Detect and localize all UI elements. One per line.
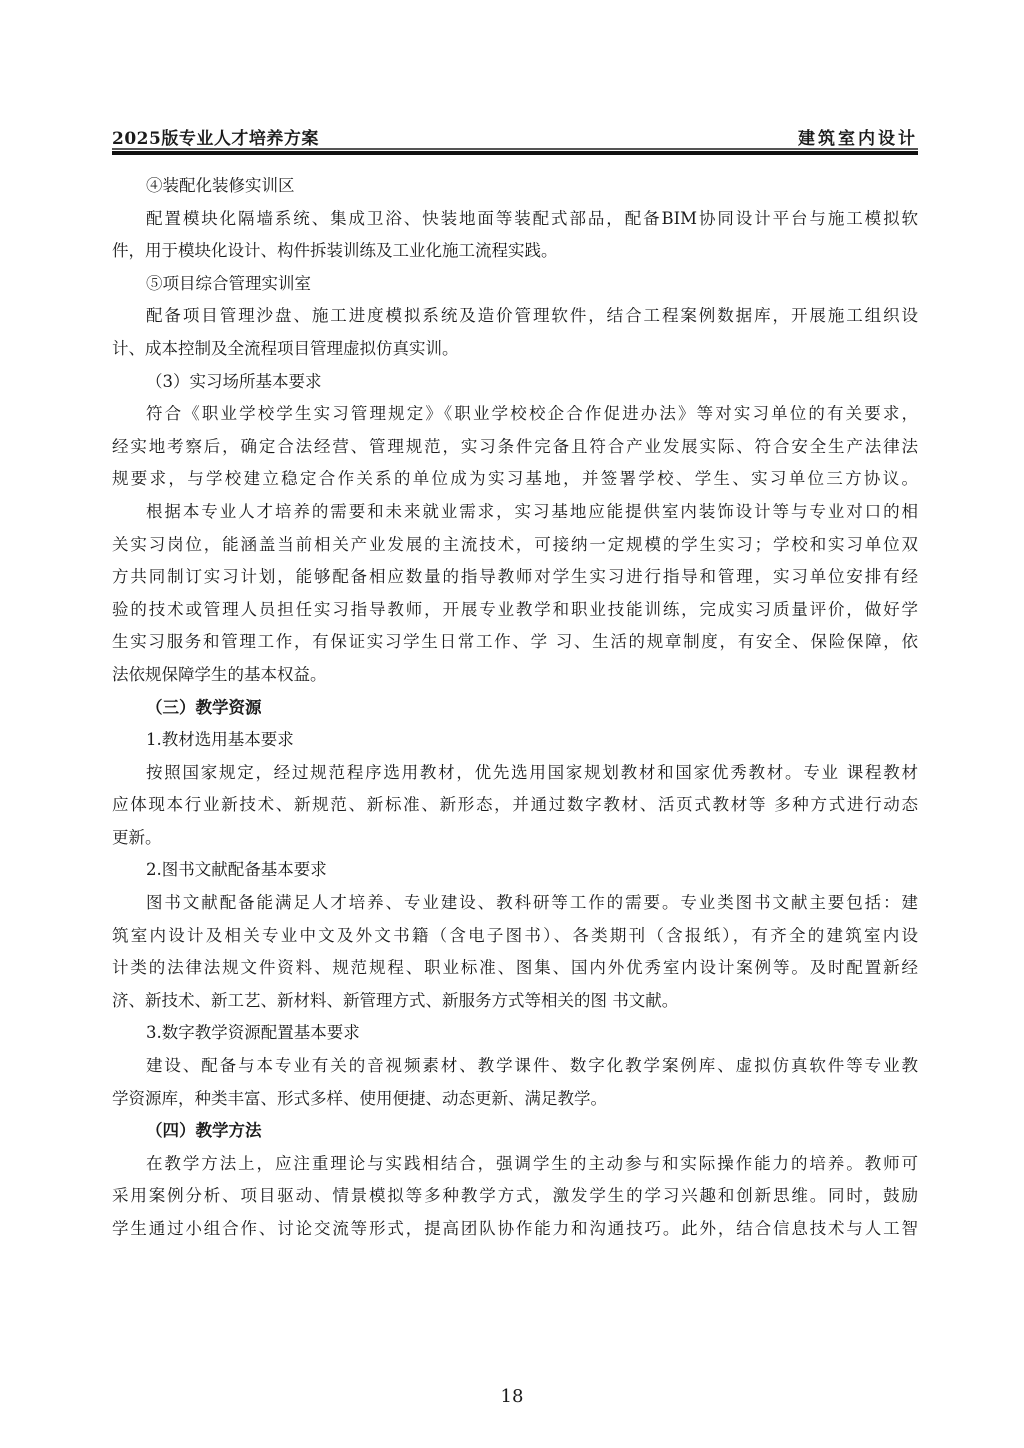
text-line: （3）实习场所基本要求: [112, 366, 918, 399]
text-line: 筑室内设计及相关专业中文及外文书籍（含电子图书）、各类期刊（含报纸），有齐全的建…: [112, 920, 918, 953]
page-body: ④装配化装修实训区配置模块化隔墙系统、集成卫浴、快装地面等装配式部品，配备BIM…: [112, 170, 918, 1246]
text-line: 生实习服务和管理工作，有保证实习学生日常工作、学 习、生活的规章制度，有安全、保…: [112, 626, 918, 659]
section-heading: （三）教学资源: [112, 692, 918, 725]
header-rule-thick: [112, 151, 918, 155]
text-line: 在教学方法上，应注重理论与实践相结合，强调学生的主动参与和实际操作能力的培养。教…: [112, 1148, 918, 1181]
text-line: ⑤项目综合管理实训室: [112, 268, 918, 301]
text-line: 1.教材选用基本要求: [112, 724, 918, 757]
text-line: 符合《职业学校学生实习管理规定》《职业学校校企合作促进办法》等对实习单位的有关要…: [112, 398, 918, 431]
text-line: 学生通过小组合作、讨论交流等形式，提高团队协作能力和沟通技巧。此外，结合信息技术…: [112, 1213, 918, 1246]
header-rule-thin: [112, 148, 918, 150]
text-line: 计、成本控制及全流程项目管理虚拟仿真实训。: [112, 333, 918, 366]
text-line: 验的技术或管理人员担任实习指导教师，开展专业教学和职业技能训练，完成实习质量评价…: [112, 594, 918, 627]
text-line: 配置模块化隔墙系统、集成卫浴、快装地面等装配式部品，配备BIM协同设计平台与施工…: [112, 203, 918, 236]
text-line: 关实习岗位，能涵盖当前相关产业发展的主流技术，可接纳一定规模的学生实习；学校和实…: [112, 529, 918, 562]
text-line: 2.图书文献配备基本要求: [112, 854, 918, 887]
text-line: 更新。: [112, 822, 918, 855]
text-line: 件，用于模块化设计、构件拆装训练及工业化施工流程实践。: [112, 235, 918, 268]
text-line: 方共同制订实习计划，能够配备相应数量的指导教师对学生实习进行指导和管理，实习单位…: [112, 561, 918, 594]
text-line: 采用案例分析、项目驱动、情景模拟等多种教学方式，激发学生的学习兴趣和创新思维。同…: [112, 1180, 918, 1213]
text-line: 按照国家规定，经过规范程序选用教材，优先选用国家规划教材和国家优秀教材。专业 课…: [112, 757, 918, 790]
text-line: 计类的法律法规文件资料、规范规程、职业标准、图集、国内外优秀室内设计案例等。及时…: [112, 952, 918, 985]
header-program-name: 建筑室内设计: [798, 124, 918, 149]
page-number: 18: [0, 1386, 1024, 1407]
running-header: 2025版专业人才培养方案 建筑室内设计: [112, 124, 918, 148]
text-line: 经实地考察后，确定合法经营、管理规范，实习条件完备且符合产业发展实际、符合安全生…: [112, 431, 918, 464]
header-document-title: 2025版专业人才培养方案: [112, 124, 319, 149]
text-line: 济、新技术、新工艺、新材料、新管理方式、新服务方式等相关的图 书文献。: [112, 985, 918, 1018]
text-line: 根据本专业人才培养的需要和未来就业需求，实习基地应能提供室内装饰设计等与专业对口…: [112, 496, 918, 529]
text-line: ④装配化装修实训区: [112, 170, 918, 203]
text-line: 图书文献配备能满足人才培养、专业建设、教科研等工作的需要。专业类图书文献主要包括…: [112, 887, 918, 920]
text-line: 法依规保障学生的基本权益。: [112, 659, 918, 692]
section-heading: （四）教学方法: [112, 1115, 918, 1148]
text-line: 应体现本行业新技术、新规范、新标准、新形态，并通过数字教材、活页式教材等 多种方…: [112, 789, 918, 822]
text-line: 3.数字教学资源配置基本要求: [112, 1017, 918, 1050]
text-line: 配备项目管理沙盘、施工进度模拟系统及造价管理软件，结合工程案例数据库，开展施工组…: [112, 300, 918, 333]
text-line: 建设、配备与本专业有关的音视频素材、教学课件、数字化教学案例库、虚拟仿真软件等专…: [112, 1050, 918, 1083]
text-line: 规要求，与学校建立稳定合作关系的单位成为实习基地，并签署学校、学生、实习单位三方…: [112, 463, 918, 496]
text-line: 学资源库，种类丰富、形式多样、使用便捷、动态更新、满足教学。: [112, 1083, 918, 1116]
